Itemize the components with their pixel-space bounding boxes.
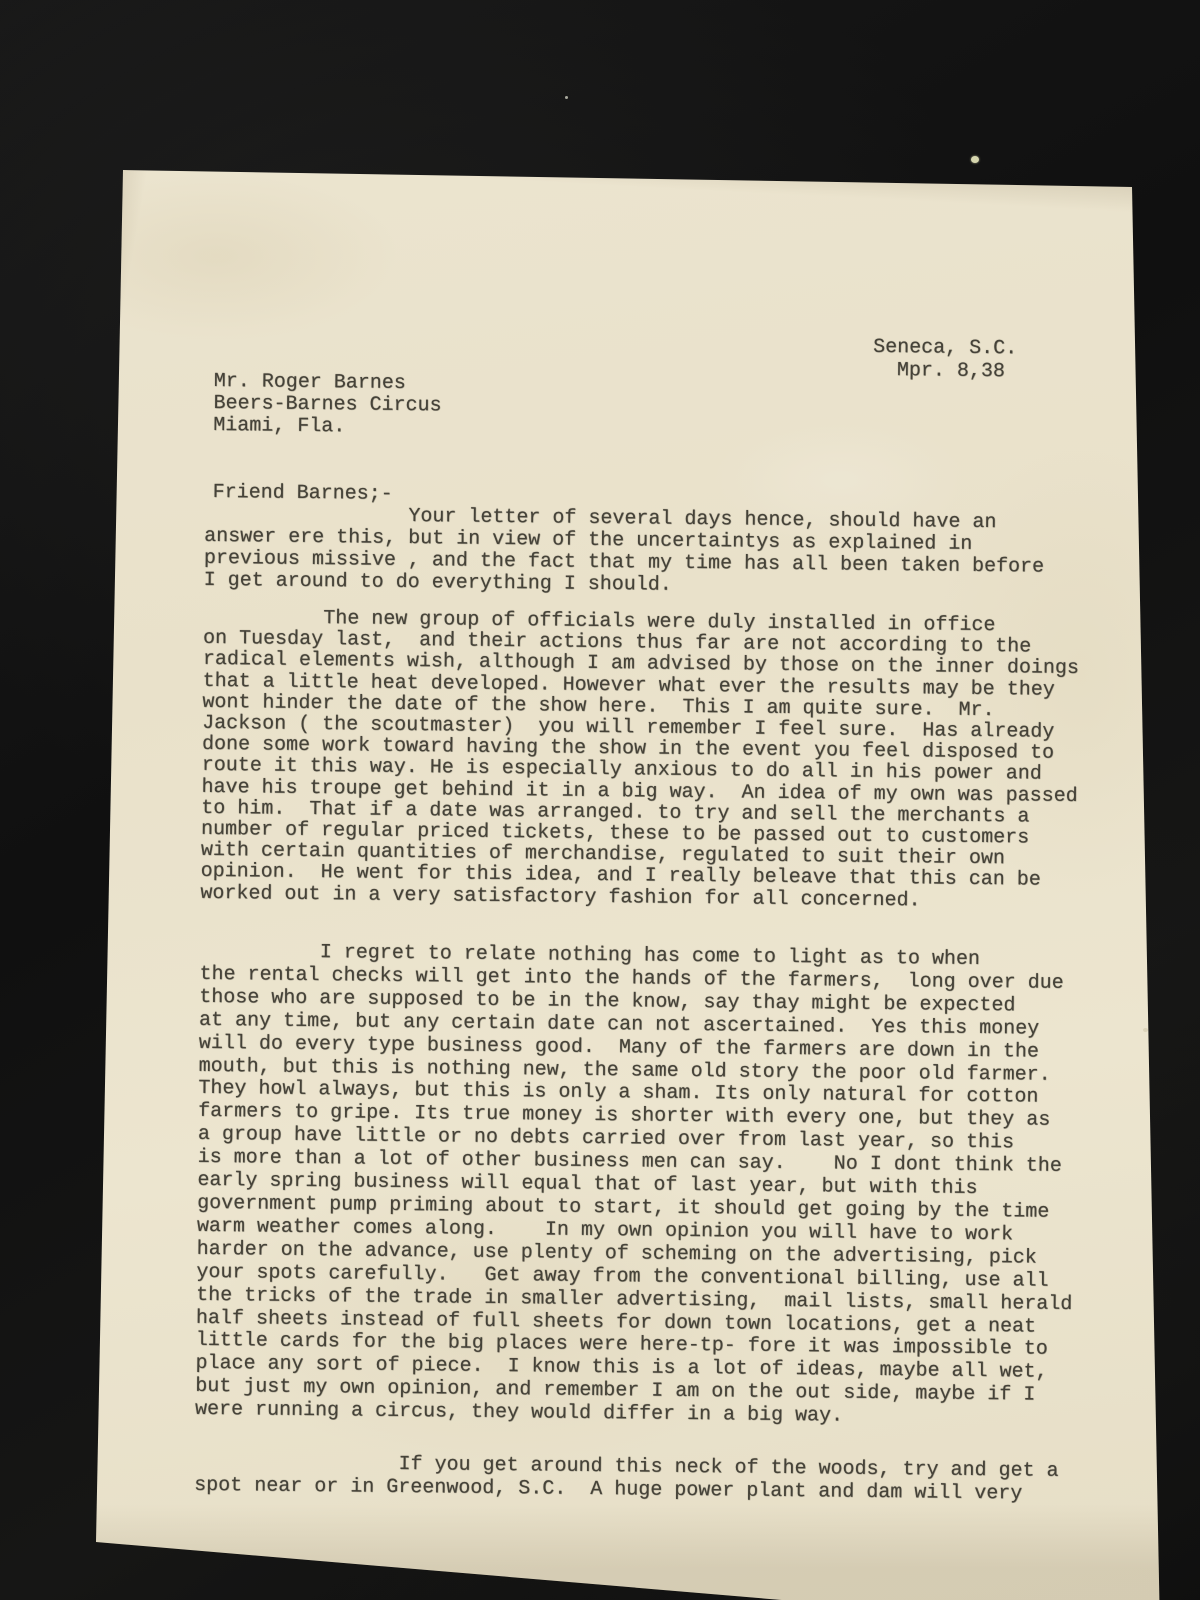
date-block: Seneca, S.C. Mpr. 8,38 — [873, 336, 1018, 384]
paragraph-4: If you get around this neck of the woods… — [194, 1451, 1059, 1506]
letter-line: Mpr. 8,38 — [873, 359, 1017, 384]
letter-text: Seneca, S.C. Mpr. 8,38 Mr. Roger BarnesB… — [108, 170, 1137, 1581]
letter-line: Seneca, S.C. — [873, 336, 1017, 361]
letter-line: Miami, Fla. — [213, 415, 441, 439]
paragraph-1: Your letter of several days hence, shoul… — [204, 504, 1045, 601]
address-block: Mr. Roger BarnesBeers-Barnes CircusMiami… — [213, 371, 442, 439]
letter-paper: Seneca, S.C. Mpr. 8,38 Mr. Roger BarnesB… — [0, 0, 1200, 1600]
photo-background: Seneca, S.C. Mpr. 8,38 Mr. Roger BarnesB… — [0, 0, 1200, 1600]
paragraph-3: I regret to relate nothing has come to l… — [195, 941, 1076, 1431]
dust-speck — [565, 96, 568, 99]
paragraph-2: The new group of officials were duly ins… — [200, 607, 1079, 913]
dust-speck — [1143, 1028, 1148, 1032]
dust-speck — [971, 156, 979, 163]
